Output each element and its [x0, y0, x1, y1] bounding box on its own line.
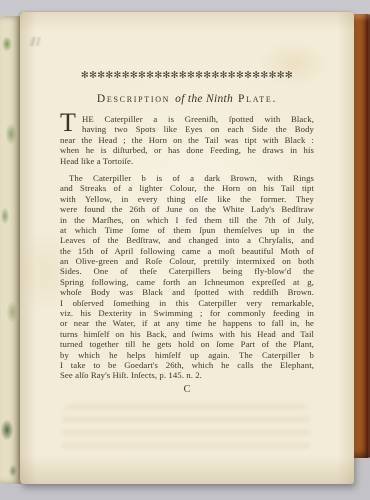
- text-line: whoſe Body was Black and ſpotted with re…: [60, 287, 314, 297]
- book-page: ✻✻✻✻✻✻✻✻✻✻✻✻✻✻✻✻✻✻✻✻✻✻✻✻✻✻ Description o…: [20, 12, 354, 484]
- text-line: having two Spots like Eyes on each Side …: [60, 124, 314, 134]
- page-title-description: Description: [97, 93, 170, 105]
- text-line: an Olive-green and Roſe Colour, prettily…: [60, 256, 314, 266]
- text-line: The Caterpiller b is of a dark Brown, wi…: [60, 173, 314, 183]
- text-line: with Yellow, in every thing elſe like th…: [60, 194, 314, 204]
- text-line: in the Marſhes, on which I fed them till…: [60, 215, 314, 225]
- signature-mark: C: [60, 385, 314, 395]
- text-line: Spring following, came forth an Ichneumo…: [60, 277, 314, 287]
- text-column: ✻✻✻✻✻✻✻✻✻✻✻✻✻✻✻✻✻✻✻✻✻✻✻✻✻✻ Description o…: [60, 12, 314, 395]
- text-line: by which he helps himſelf up again. The …: [60, 350, 314, 360]
- book-photo: ✻✻✻✻✻✻✻✻✻✻✻✻✻✻✻✻✻✻✻✻✻✻✻✻✻✻ Description o…: [0, 0, 370, 500]
- text-line: See alſo Ray's Hiſt. Inſects, p. 145. n.…: [60, 370, 314, 380]
- text-line: or near the Water, if at any time he hap…: [60, 318, 314, 328]
- page-title-of-the-ninth: of the Ninth: [173, 93, 235, 105]
- text-line: turned together till he gets hold on ſom…: [60, 339, 314, 349]
- text-line: Sides. One of theſe Caterpillers being f…: [60, 266, 314, 276]
- facing-plate-page-edge: [0, 16, 21, 484]
- text-line: were found the 26th of June on the White…: [60, 204, 314, 214]
- text-line: at which Time ſome of them ſpun themſelv…: [60, 225, 314, 235]
- paragraph-caterpiller-a: T HE Caterpiller a is Greeniſh, ſpotted …: [60, 114, 314, 166]
- text-line: I obſerved ſomething in this Caterpiller…: [60, 298, 314, 308]
- text-line: Head like a Tortoiſe.: [60, 156, 314, 166]
- leather-binding-edge: [352, 14, 370, 458]
- text-line: Leaves of the Bedſtraw, and changed into…: [60, 235, 314, 245]
- drop-cap: T: [60, 112, 80, 134]
- text-line: when he is diſturbed, or has done Feedin…: [60, 145, 314, 155]
- text-line: and Streaks of a lighter Colour, the Hor…: [60, 183, 314, 193]
- text-line: I take to be Goedart's 26th, which he ca…: [60, 360, 314, 370]
- text-line: the 15th of April following came a moſt …: [60, 246, 314, 256]
- text-line: viz. his Dexterity in Swimming ; for com…: [60, 308, 314, 318]
- paragraph-caterpiller-b: The Caterpiller b is of a dark Brown, wi…: [60, 173, 314, 381]
- text-line: near the Head ; the Horn on the Tail was…: [60, 135, 314, 145]
- pencil-smudge: [27, 37, 42, 46]
- page-title: Description of the Ninth Plate.: [60, 93, 314, 106]
- page-title-plate: Plate.: [238, 93, 277, 105]
- verso-showthrough: [62, 404, 310, 454]
- ornament-band: ✻✻✻✻✻✻✻✻✻✻✻✻✻✻✻✻✻✻✻✻✻✻✻✻✻✻: [60, 68, 314, 83]
- text-line: turns himſelf on his Back, and ſwims wit…: [60, 329, 314, 339]
- text-line: HE Caterpiller a is Greeniſh, ſpotted wi…: [60, 114, 314, 124]
